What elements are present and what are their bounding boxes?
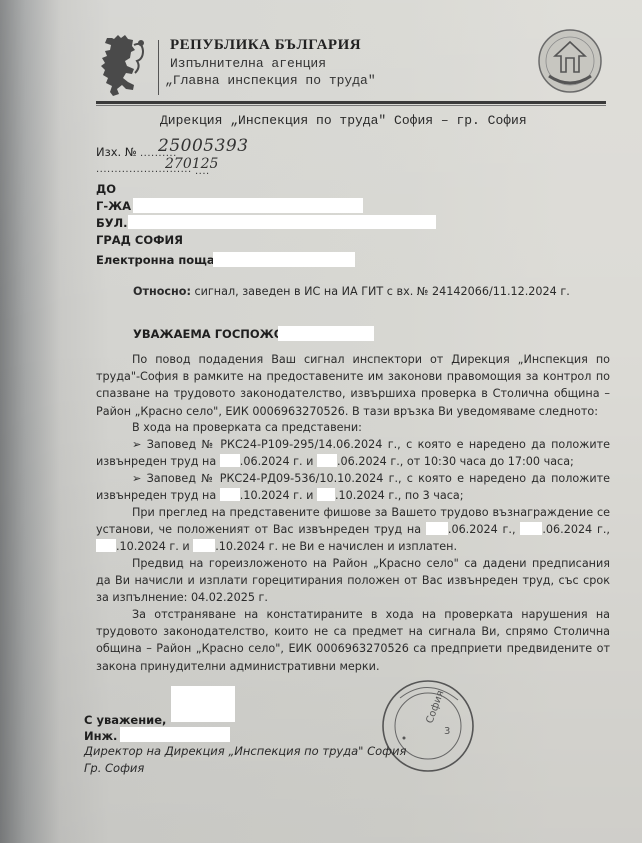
directorate-line: Дирекция „Инспекция по труда" София – гр… (160, 113, 527, 128)
findings-date-2: .06.2024 г., (542, 523, 610, 536)
redacted-date (220, 488, 240, 501)
redacted-date (96, 539, 116, 552)
ref-date-handwritten: 270125 (165, 156, 218, 172)
paragraph-instructions: Предвид на гореизложеното на Район „Крас… (96, 555, 610, 607)
findings-date-1: .06.2024 г., (448, 523, 516, 536)
lion-coat-of-arms-icon (96, 33, 148, 101)
header-divider (158, 40, 159, 95)
bullet-order-1: ➢ Заповед № РКС24-Р109-295/14.06.2024 г.… (96, 436, 610, 470)
subject-text: сигнал, заведен в ИС на ИА ГИТ с вх. № 2… (195, 285, 570, 298)
ref-label: Изх. № (96, 145, 137, 159)
redacted-recipient-name (133, 198, 363, 213)
official-stamp-icon: София 3 (380, 678, 476, 774)
header-rule-thin (96, 105, 606, 106)
redacted-email (213, 252, 355, 267)
paragraph-presented: В хода на проверката са представени: (96, 419, 610, 436)
redacted-date (520, 522, 542, 535)
redacted-date (426, 522, 448, 535)
paragraph-findings: При преглед на представените фишове за В… (96, 504, 610, 556)
ref-date-dots-end: .... (195, 166, 210, 177)
subject-label: Относно: (133, 285, 191, 298)
redacted-signatory-name (120, 727, 230, 742)
paragraph-intro: По повод подадения Ваш сигнал инспектори… (96, 351, 610, 420)
paragraph-measures: За отстраняване на констатираните в хода… (96, 606, 610, 675)
recipient-city: ГРАД СОФИЯ (96, 233, 183, 247)
bullet-order-2: ➢ Заповед № РКС24-РД09-536/10.10.2024 г.… (96, 470, 610, 504)
bullet-2-date-b: .10.2024 г., по 3 часа; (335, 489, 464, 502)
recipient-to: ДО (96, 182, 116, 196)
findings-date-3: .10.2024 г. и (116, 540, 190, 553)
bullet-1-date-a: .06.2024 г. и (240, 455, 314, 468)
redacted-date (317, 488, 335, 501)
bullet-2-date-a: .10.2024 г. и (240, 489, 314, 502)
findings-date-4: .10.2024 г. не Ви е начислен и изплатен. (215, 540, 457, 553)
header-agency: Изпълнителна агенция (170, 56, 326, 71)
signatory-position: Директор на Дирекция „Инспекция по труда… (84, 744, 406, 758)
closing: С уважение, (84, 713, 166, 727)
header-rule (96, 101, 606, 104)
redacted-date (317, 454, 337, 467)
redacted-signature (171, 686, 235, 722)
ref-number-handwritten: 25005393 (158, 136, 249, 156)
email-label: Електронна поща: (96, 253, 219, 267)
header-agency-name: „Главна инспекция по труда" (165, 73, 376, 88)
recipient-street-label: БУЛ. (96, 216, 128, 230)
subject-line: Относно: сигнал, заведен в ИС на ИА ГИТ … (133, 283, 570, 300)
labour-inspectorate-emblem-icon (537, 28, 603, 94)
stamp-number: 3 (444, 726, 450, 737)
bullet-icon: ➢ (132, 472, 141, 485)
redacted-salutation-name (278, 326, 374, 341)
bullet-icon: ➢ (132, 438, 141, 451)
stamp-city: София (424, 689, 446, 725)
redacted-recipient-address (128, 215, 436, 229)
redacted-date (220, 454, 240, 467)
salutation: УВАЖАЕМА ГОСПОЖО (133, 327, 284, 341)
recipient-title: Г-ЖА (96, 199, 131, 213)
signatory-city: Гр. София (84, 761, 144, 775)
header-title: РЕПУБЛИКА БЪЛГАРИЯ (170, 37, 361, 54)
signatory-prefix: Инж. (84, 729, 117, 743)
bullet-1-date-b: .06.2024 г., от 10:30 часа до 17:00 часа… (337, 455, 574, 468)
redacted-date (193, 539, 215, 552)
